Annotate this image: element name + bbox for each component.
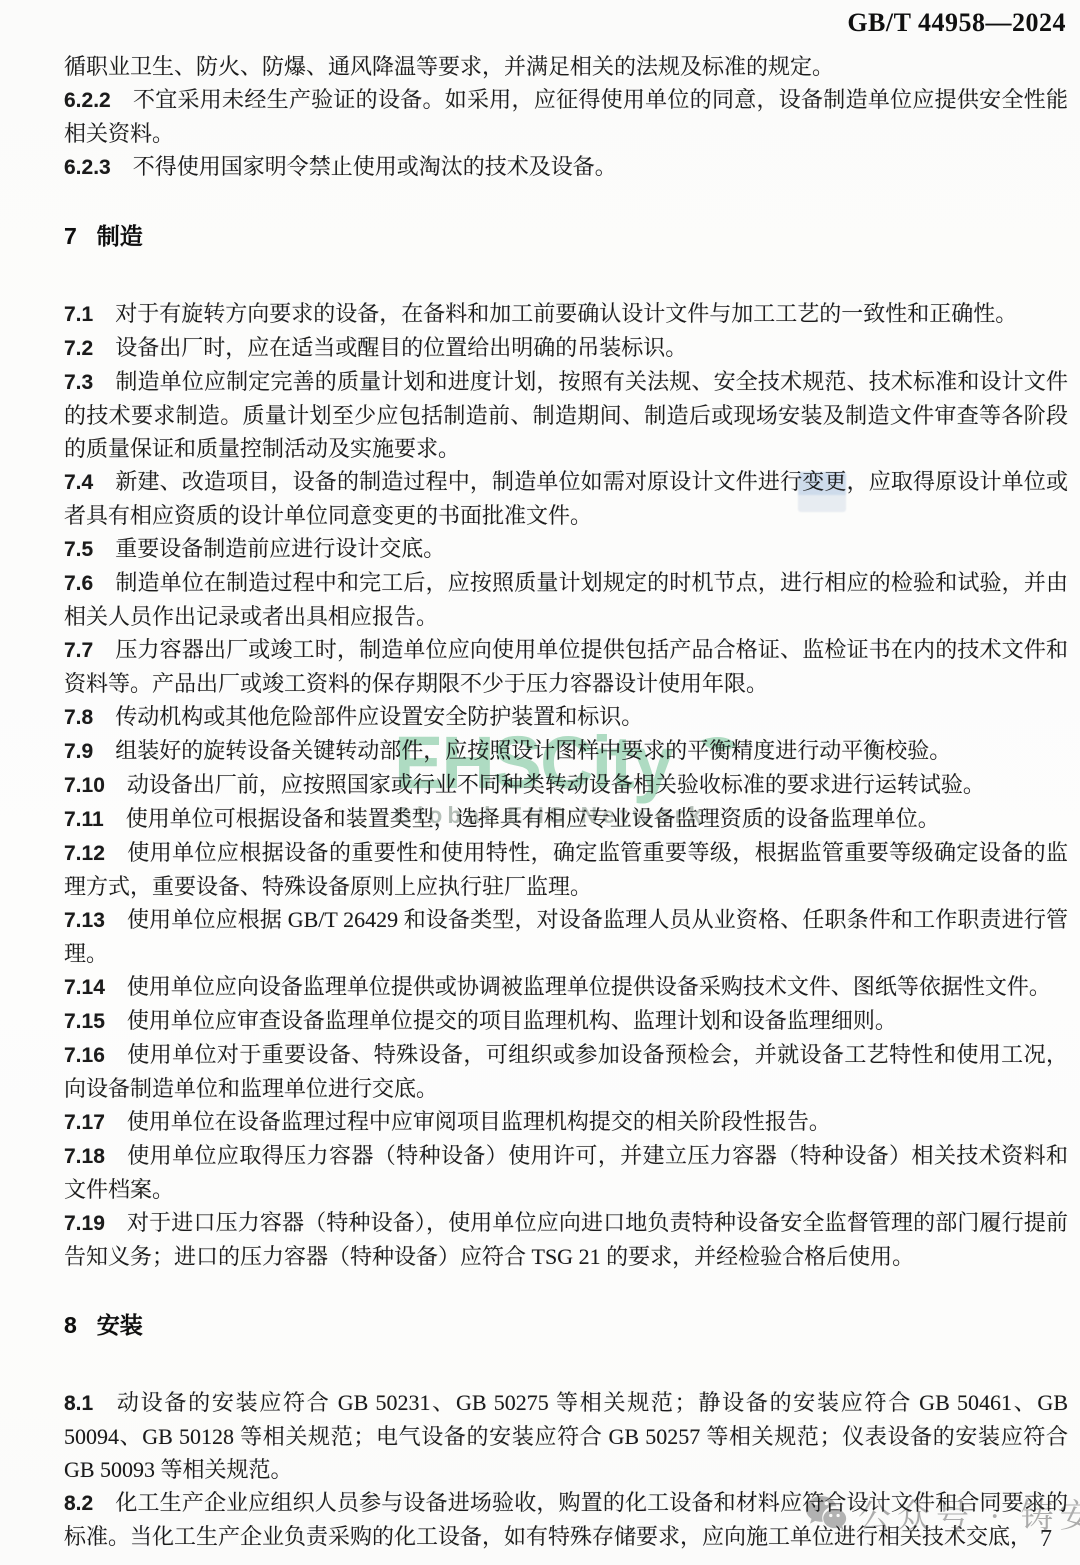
section-number: 8 [64, 1312, 97, 1338]
clause-number: 7.14 [64, 976, 127, 999]
clause-text: 对于有旋转方向要求的设备，在备料和加工前要确认设计文件与加工工艺的一致性和正确性… [115, 301, 1017, 326]
clause-6.2.3: 6.2.3不得使用国家明令禁止使用或淘汰的技术及设备。 [64, 150, 1068, 184]
standard-code: GB/T 44958—2024 [847, 8, 1066, 38]
clause-7.10: 7.10动设备出厂前，应按照国家或行业不同种类转动设备相关验收标准的要求进行运转… [64, 768, 1068, 802]
clause-number: 7.6 [64, 572, 115, 595]
section-number: 7 [64, 223, 97, 249]
clause-7.19: 7.19对于进口压力容器（特种设备），使用单位应向进口地负责特种设备安全监督管理… [64, 1206, 1068, 1273]
clause-number: 8.1 [64, 1392, 115, 1415]
clause-8.1: 8.1动设备的安装应符合 GB 50231、GB 50275 等相关规范；静设备… [64, 1386, 1068, 1486]
clause-text: 对于进口压力容器（特种设备），使用单位应向进口地负责特种设备安全监督管理的部门履… [64, 1210, 1068, 1269]
clause-number: 7.17 [64, 1111, 127, 1134]
clause-7.2: 7.2设备出厂时，应在适当或醒目的位置给出明确的吊装标识。 [64, 331, 1068, 365]
clause-7.13: 7.13使用单位应根据 GB/T 26429 和设备类型，对设备监理人员从业资格… [64, 903, 1068, 970]
clause-number: 7.18 [64, 1145, 127, 1168]
document-page: EHSCity Global EHS Network GB/T 44958—20… [0, 0, 1080, 1565]
clause-number: 7.16 [64, 1044, 127, 1067]
clause-text: 动设备出厂前，应按照国家或行业不同种类转动设备相关验收标准的要求进行运转试验。 [127, 772, 985, 797]
section-heading-7: 7制造 [64, 220, 1068, 253]
clause-text: 使用单位应根据设备的重要性和使用特性，确定监管重要等级，根据监管重要等级确定设备… [64, 840, 1068, 899]
clause-number: 7.8 [64, 706, 115, 729]
clause-7.16: 7.16使用单位对于重要设备、特殊设备，可组织或参加设备预检会，并就设备工艺特性… [64, 1038, 1068, 1105]
clause-7.8: 7.8传动机构或其他危险部件应设置安全防护装置和标识。 [64, 700, 1068, 734]
clause-6.2.2: 6.2.2不宜采用未经生产验证的设备。如采用，应征得使用单位的同意，设备制造单位… [64, 83, 1068, 150]
paragraph-continuation: 循职业卫生、防火、防爆、通风降温等要求，并满足相关的法规及标准的规定。 [64, 50, 1068, 83]
clause-text: 重要设备制造前应进行设计交底。 [115, 536, 445, 561]
page-number: 7 [1040, 1526, 1052, 1553]
clause-text: 制造单位在制造过程中和完工后，应按照质量计划规定的时机节点，进行相应的检验和试验… [64, 570, 1068, 629]
clause-number: 7.7 [64, 639, 115, 662]
clause-number: 7.5 [64, 538, 115, 561]
clause-text: 循职业卫生、防火、防爆、通风降温等要求，并满足相关的法规及标准的规定。 [64, 54, 834, 79]
clause-text: 设备出厂时，应在适当或醒目的位置给出明确的吊装标识。 [115, 335, 687, 360]
clause-text: 制造单位应制定完善的质量计划和进度计划，按照有关法规、安全技术规范、技术标准和设… [64, 369, 1068, 461]
clause-7.9: 7.9组装好的旋转设备关键转动部件，应按照设计图样中要求的平衡精度进行动平衡校验… [64, 734, 1068, 768]
clause-8.2: 8.2化工生产企业应组织人员参与设备进场验收，购置的化工设备和材料应符合设计文件… [64, 1486, 1068, 1553]
clause-text: 不得使用国家明令禁止使用或淘汰的技术及设备。 [133, 154, 617, 179]
clause-7.3: 7.3制造单位应制定完善的质量计划和进度计划，按照有关法规、安全技术规范、技术标… [64, 365, 1068, 465]
clause-text: 化工生产企业应组织人员参与设备进场验收，购置的化工设备和材料应符合设计文件和合同… [64, 1490, 1068, 1549]
clause-7.12: 7.12使用单位应根据设备的重要性和使用特性，确定监管重要等级，根据监管重要等级… [64, 836, 1068, 903]
clause-text: 动设备的安装应符合 GB 50231、GB 50275 等相关规范；静设备的安装… [64, 1390, 1068, 1482]
clause-7.15: 7.15使用单位应审查设备监理单位提交的项目监理机构、监理计划和设备监理细则。 [64, 1004, 1068, 1038]
clause-text: 压力容器出厂或竣工时，制造单位应向使用单位提供包括产品合格证、监检证书在内的技术… [64, 637, 1068, 696]
clause-text: 使用单位应根据 GB/T 26429 和设备类型，对设备监理人员从业资格、任职条… [64, 907, 1068, 966]
clause-number: 7.2 [64, 337, 115, 360]
clause-number: 7.10 [64, 774, 127, 797]
section-title: 安装 [97, 1312, 143, 1338]
clause-number: 7.13 [64, 909, 127, 932]
clause-number: 7.1 [64, 303, 115, 326]
clause-7.5: 7.5重要设备制造前应进行设计交底。 [64, 532, 1068, 566]
clause-number: 7.19 [64, 1212, 127, 1235]
clause-text: 使用单位应向设备监理单位提供或协调被监理单位提供设备采购技术文件、图纸等依据性文… [127, 974, 1051, 999]
clause-7.6: 7.6制造单位在制造过程中和完工后，应按照质量计划规定的时机节点，进行相应的检验… [64, 566, 1068, 633]
clause-7.1: 7.1对于有旋转方向要求的设备，在备料和加工前要确认设计文件与加工工艺的一致性和… [64, 297, 1068, 331]
clause-text: 传动机构或其他危险部件应设置安全防护装置和标识。 [115, 704, 643, 729]
clause-text: 新建、改造项目，设备的制造过程中，制造单位如需对原设计文件进行变更，应取得原设计… [64, 469, 1068, 528]
clause-7.18: 7.18使用单位应取得压力容器（特种设备）使用许可，并建立压力容器（特种设备）相… [64, 1139, 1068, 1206]
section-title: 制造 [97, 223, 143, 249]
clause-7.4: 7.4新建、改造项目，设备的制造过程中，制造单位如需对原设计文件进行变更，应取得… [64, 465, 1068, 532]
clause-text: 不宜采用未经生产验证的设备。如采用，应征得使用单位的同意，设备制造单位应提供安全… [64, 87, 1068, 146]
clause-text: 使用单位应审查设备监理单位提交的项目监理机构、监理计划和设备监理细则。 [127, 1008, 897, 1033]
clause-7.17: 7.17使用单位在设备监理过程中应审阅项目监理机构提交的相关阶段性报告。 [64, 1105, 1068, 1139]
clause-number: 7.9 [64, 740, 115, 763]
clause-7.11: 7.11使用单位可根据设备和装置类型，选择具有相应专业设备监理资质的设备监理单位… [64, 802, 1068, 836]
clause-text: 使用单位应取得压力容器（特种设备）使用许可，并建立压力容器（特种设备）相关技术资… [64, 1143, 1068, 1202]
clause-text: 组装好的旋转设备关键转动部件，应按照设计图样中要求的平衡精度进行动平衡校验。 [115, 738, 951, 763]
clause-number: 7.11 [64, 808, 126, 831]
clause-7.14: 7.14使用单位应向设备监理单位提供或协调被监理单位提供设备采购技术文件、图纸等… [64, 970, 1068, 1004]
clause-text: 使用单位在设备监理过程中应审阅项目监理机构提交的相关阶段性报告。 [127, 1109, 831, 1134]
clause-7.7: 7.7压力容器出厂或竣工时，制造单位应向使用单位提供包括产品合格证、监检证书在内… [64, 633, 1068, 700]
clause-number: 7.3 [64, 371, 115, 394]
clause-text: 使用单位对于重要设备、特殊设备，可组织或参加设备预检会，并就设备工艺特性和使用工… [64, 1042, 1068, 1101]
clause-number: 7.12 [64, 842, 127, 865]
clause-number: 7.15 [64, 1010, 127, 1033]
clause-number: 8.2 [64, 1492, 115, 1515]
clause-number: 6.2.3 [64, 156, 133, 179]
clause-number: 6.2.2 [64, 89, 133, 112]
clause-number: 7.4 [64, 471, 115, 494]
clause-text: 使用单位可根据设备和装置类型，选择具有相应专业设备监理资质的设备监理单位。 [126, 806, 940, 831]
section-heading-8: 8安装 [64, 1309, 1068, 1342]
document-body: 循职业卫生、防火、防爆、通风降温等要求，并满足相关的法规及标准的规定。6.2.2… [64, 50, 1068, 1553]
